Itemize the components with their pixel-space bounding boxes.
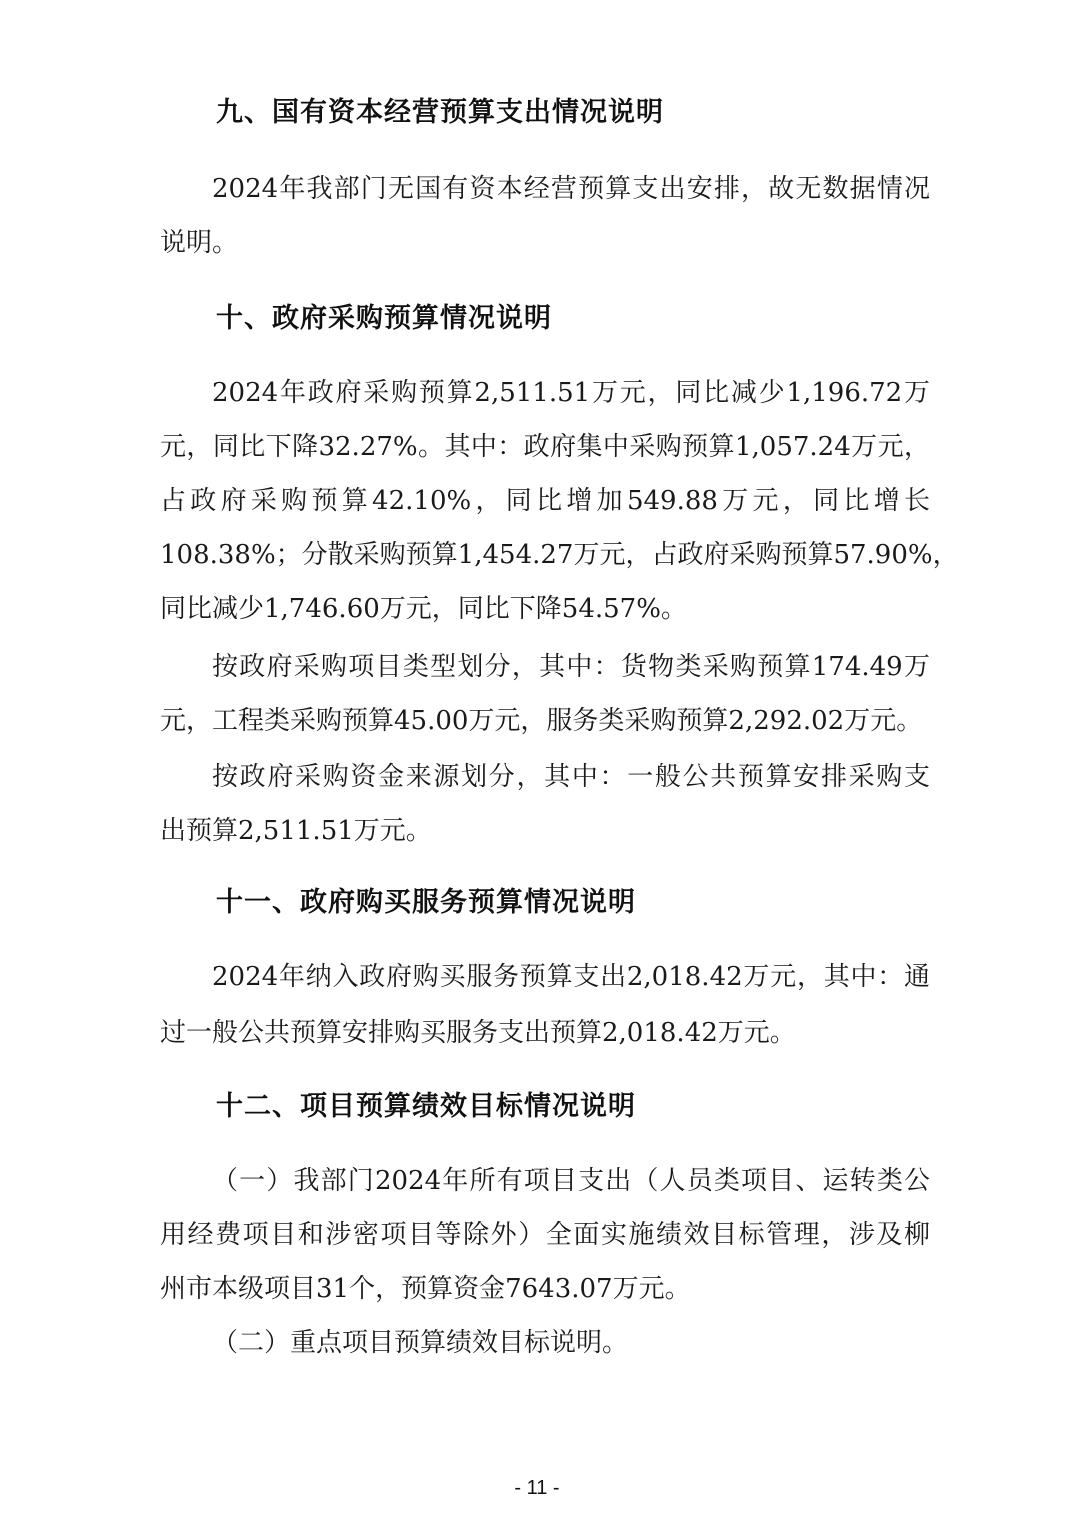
section-12-p2-line-1: （二）重点项目预算绩效目标说明。 [212, 1322, 930, 1359]
section-10-p1-line-5: 同比减少1,746.60万元，同比下降54.57%。 [160, 588, 930, 625]
document-page: 九、国有资本经营预算支出情况说明 2024年我部门无国有资本经营预算支出安排，故… [0, 0, 1074, 1520]
section-11-line-1: 2024年纳入政府购买服务预算支出2,018.42万元，其中：通 [212, 956, 930, 993]
section-9-heading: 九、国有资本经营预算支出情况说明 [216, 90, 664, 129]
section-10-p2-line-1: 按政府采购项目类型划分，其中：货物类采购预算174.49万 [212, 646, 930, 683]
section-10-p3-line-2: 出预算2,511.51万元。 [160, 810, 930, 847]
section-12-p1-line-3: 州市本级项目31个，预算资金7643.07万元。 [160, 1268, 930, 1305]
section-11-heading: 十一、政府购买服务预算情况说明 [216, 880, 636, 919]
section-12-p1-line-1: （一）我部门2024年所有项目支出（人员类项目、运转类公 [212, 1160, 930, 1197]
section-10-p2-line-2: 元，工程类采购预算45.00万元，服务类采购预算2,292.02万元。 [160, 700, 930, 737]
section-10-p1-line-1: 2024年政府采购预算2,511.51万元，同比减少1,196.72万 [212, 372, 930, 409]
section-10-heading: 十、政府采购预算情况说明 [216, 296, 552, 335]
section-9-line-1: 2024年我部门无国有资本经营预算支出安排，故无数据情况 [212, 168, 930, 205]
section-11-line-2: 过一般公共预算安排购买服务支出预算2,018.42万元。 [160, 1012, 930, 1049]
section-10-p1-line-2: 元，同比下降32.27%。其中：政府集中采购预算1,057.24万元， [160, 426, 930, 463]
section-9-line-2: 说明。 [160, 222, 930, 259]
section-12-heading: 十二、项目预算绩效目标情况说明 [216, 1084, 636, 1123]
section-10-p1-line-3: 占政府采购预算42.10%，同比增加549.88万元，同比增长 [160, 480, 930, 517]
section-12-p1-line-2: 用经费项目和涉密项目等除外）全面实施绩效目标管理，涉及柳 [160, 1214, 930, 1251]
section-10-p3-line-1: 按政府采购资金来源划分，其中：一般公共预算安排采购支 [212, 756, 930, 793]
page-number: - 11 - [0, 1477, 1074, 1500]
section-10-p1-line-4: 108.38%；分散采购预算1,454.27万元，占政府采购预算57.90%， [160, 534, 930, 571]
